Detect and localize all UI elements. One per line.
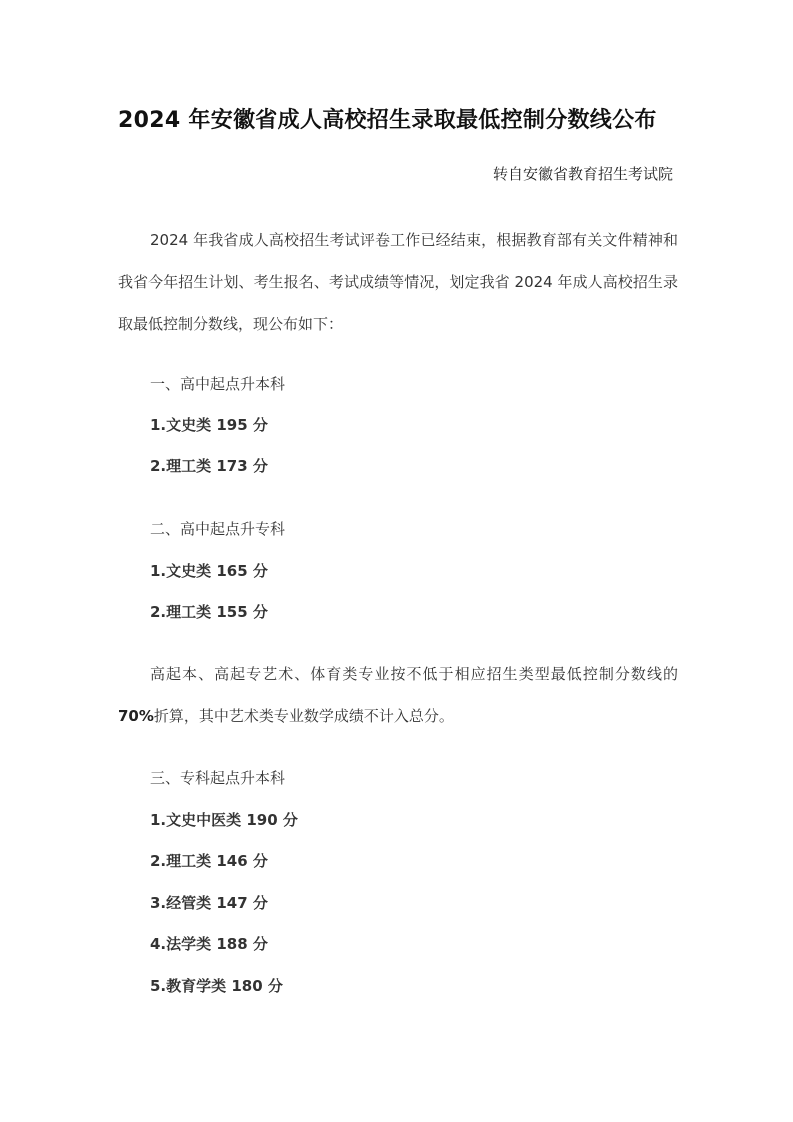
score-line: 1.文史类 165 分 bbox=[150, 560, 268, 581]
section-heading-3: 三、专科起点升本科 bbox=[150, 767, 285, 788]
score-line: 4.法学类 188 分 bbox=[150, 933, 268, 954]
source-attribution: 转自安徽省教育招生考试院 bbox=[493, 163, 673, 184]
section-heading-1: 一、高中起点升本科 bbox=[150, 373, 285, 394]
score-line: 1.文史中医类 190 分 bbox=[150, 809, 298, 830]
note-paragraph: 高起本、高起专艺术、体育类专业按不低于相应招生类型最低控制分数线的 70%折算，… bbox=[118, 653, 678, 737]
score-line: 1.文史类 195 分 bbox=[150, 414, 268, 435]
note-text-after: 折算，其中艺术类专业数学成绩不计入总分。 bbox=[154, 707, 454, 725]
note-emphasis: 70% bbox=[118, 707, 154, 725]
score-line: 2.理工类 146 分 bbox=[150, 850, 268, 871]
section-heading-2: 二、高中起点升专科 bbox=[150, 518, 285, 539]
note-text-before: 高起本、高起专艺术、体育类专业按不低于相应招生类型最低控制分数线的 bbox=[150, 665, 678, 683]
page-title: 2024 年安徽省成人高校招生录取最低控制分数线公布 bbox=[118, 103, 678, 134]
document-page: 2024 年安徽省成人高校招生录取最低控制分数线公布 转自安徽省教育招生考试院 … bbox=[0, 0, 793, 1122]
score-line: 5.教育学类 180 分 bbox=[150, 975, 283, 996]
intro-paragraph: 2024 年我省成人高校招生考试评卷工作已经结束，根据教育部有关文件精神和我省今… bbox=[118, 219, 678, 345]
score-line: 2.理工类 173 分 bbox=[150, 455, 268, 476]
score-line: 2.理工类 155 分 bbox=[150, 601, 268, 622]
score-line: 3.经管类 147 分 bbox=[150, 892, 268, 913]
